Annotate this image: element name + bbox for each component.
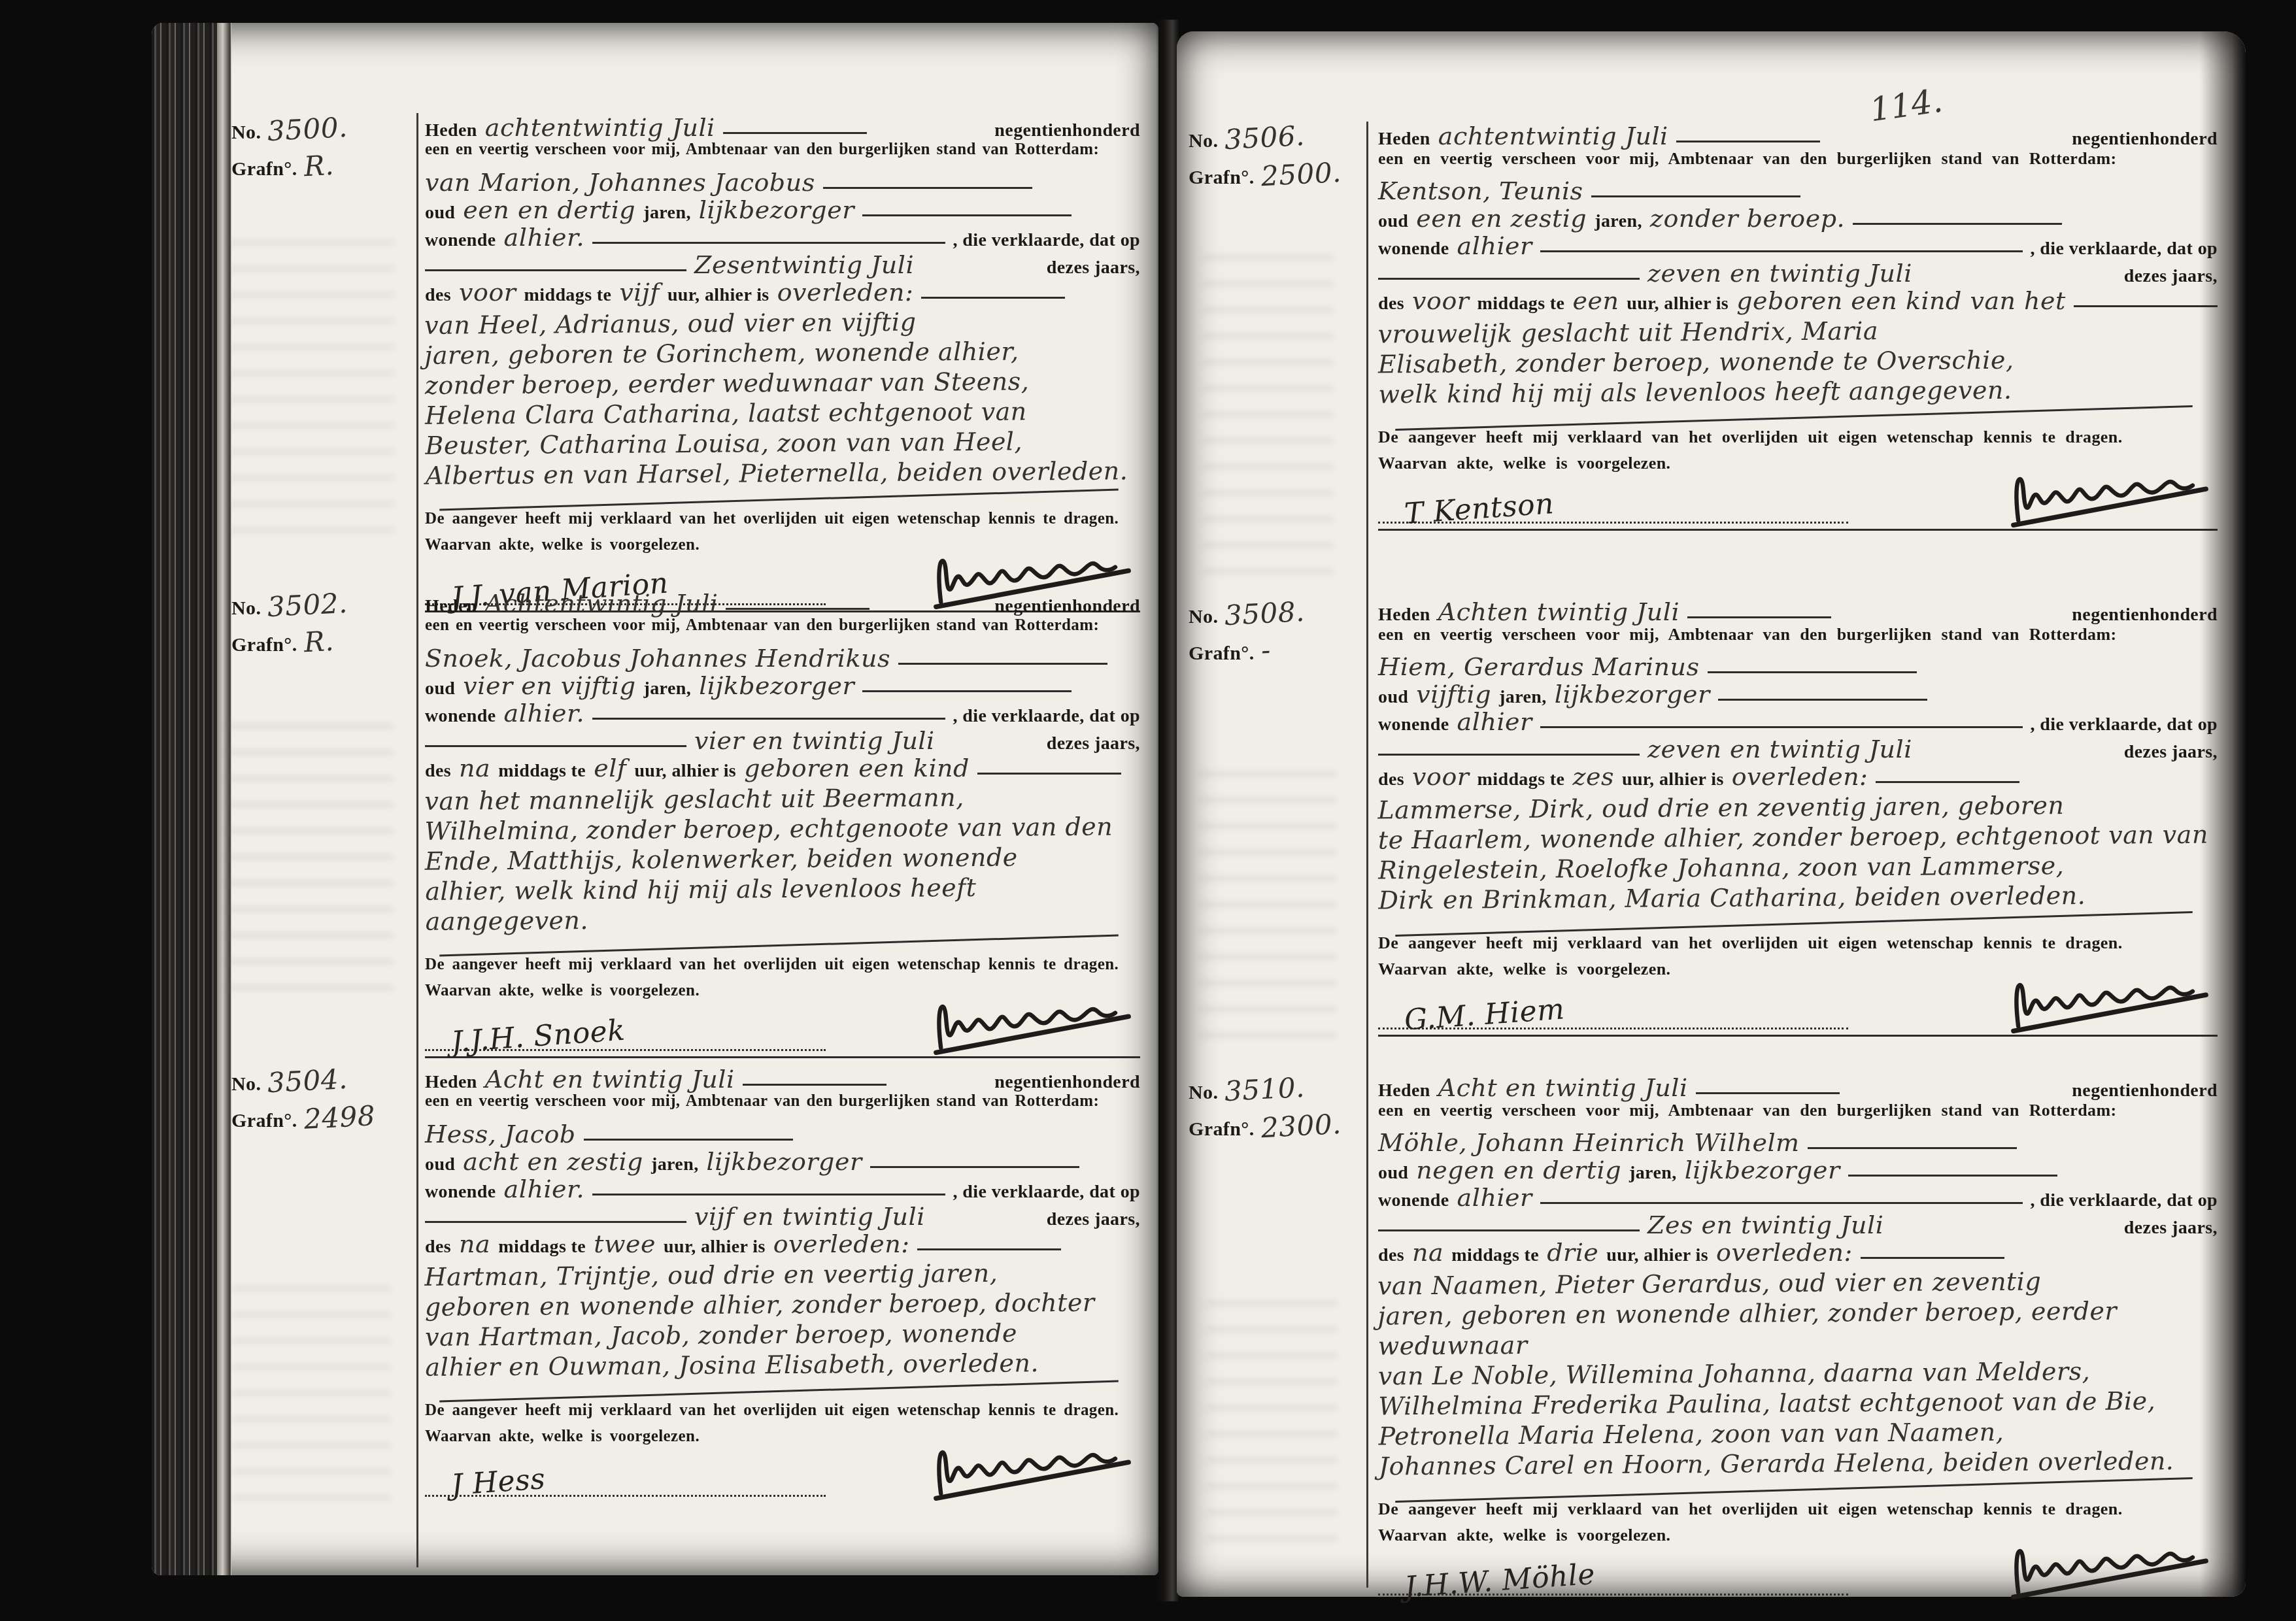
heden-label: Heden [1378, 1080, 1430, 1101]
record-margin: No. 3502. Grafn°. R. [217, 589, 413, 1058]
event-date-line: zeven en twintig Juli dezes jaars, [1378, 735, 2218, 762]
heden-label: Heden [1378, 129, 1430, 150]
dezes-jaars-label: dezes jaars, [2124, 1218, 2218, 1239]
middags-te-label: middags te [498, 1237, 586, 1258]
record-number: 3500. [267, 111, 348, 147]
grave-number-line: Grafn°. - [1189, 634, 1366, 671]
die-verklaarde-label: , die verklaarde, dat op [953, 230, 1140, 251]
wonende-label: wonende [425, 1182, 496, 1203]
declarant-residence: alhier. [504, 699, 585, 727]
rule-line [1853, 223, 2062, 225]
rule-line [917, 1248, 1061, 1250]
death-record: No. 3506. Grafn°. 2500. Heden achtentwin… [1182, 122, 2218, 531]
signature-row: G.M. Hiem [1378, 984, 2218, 1029]
residence-line: wonende alhier. , die verklaarde, dat op [425, 699, 1140, 726]
wonende-label: wonende [1378, 1190, 1449, 1211]
declaration-date: achtentwintig Juli [485, 113, 715, 142]
event-date: zeven en twintig Juli [1647, 259, 1912, 288]
declarant-signature: J Hess [450, 1462, 546, 1502]
record-number: 3504. [267, 1063, 348, 1099]
uur-alhier-label: uur, alhier is [1622, 769, 1724, 790]
record-body: Heden Acht en twintig Juli negentienhond… [1366, 1073, 2218, 1596]
jaren-label: jaren, [643, 678, 691, 699]
record-body: Heden Acht en twintig Juli negentienhond… [413, 1065, 1140, 1497]
year-label: negentienhonderd [994, 1072, 1140, 1093]
rule-line [592, 1194, 945, 1195]
residence-line: wonende alhier. , die verklaarde, dat op [425, 1175, 1140, 1202]
declaration-date: Achten twintig Juli [1438, 597, 1680, 626]
rule-line [1696, 1092, 1840, 1094]
declaration-date: Achtentwintig Juli [485, 589, 718, 618]
heden-label: Heden [425, 120, 477, 141]
declarant-signature-line: G.M. Hiem [1378, 986, 1848, 1029]
declarant-name: van Marion, Johannes Jacobus [425, 168, 815, 197]
record-margin: No. 3510. Grafn°. 2300. [1182, 1073, 1366, 1596]
rule-line [823, 187, 1032, 189]
event-date: zeven en twintig Juli [1647, 735, 1912, 763]
declarant-age: een en zestig [1416, 204, 1587, 233]
age-occupation-line: oud negen en dertig jaren, lijkbezorger [1378, 1156, 2218, 1183]
rule-line [1808, 1147, 2017, 1149]
date-line: Heden achtentwintig Juli negentienhonder… [1378, 122, 2218, 149]
declarant-occupation: lijkbezorger [699, 195, 854, 224]
declaration-date: Acht en twintig Juli [1438, 1073, 1688, 1102]
grave-number: R. [303, 625, 334, 658]
event-kind: geboren een kind [744, 754, 970, 782]
declarant-name-line: Kentson, Teunis [1378, 176, 2218, 204]
aangever-statement: De aangever heeft mij verklaard van het … [1378, 424, 2218, 450]
registry-book-scan: No. 3500. Grafn°. R. Heden achtentwintig… [0, 0, 2296, 1621]
declarant-age: acht en zestig [463, 1147, 643, 1176]
declarant-name-line: Möhle, Johann Heinrich Wilhelm [1378, 1128, 2218, 1156]
rule-line [592, 718, 945, 720]
rule-line [870, 1166, 1079, 1168]
event-time-line: des na middags te elf uur, alhier is geb… [425, 754, 1140, 781]
declarant-signature-line: J.J.H. Snoek [425, 1007, 826, 1051]
death-record: No. 3502. Grafn°. R. Heden Achtentwintig… [217, 589, 1140, 1058]
declarant-occupation: lijkbezorger [699, 671, 854, 700]
signature-row: J Hess [425, 1451, 1140, 1497]
declarant-residence: alhier. [504, 223, 585, 252]
grafn-label: Grafn°. [1189, 1118, 1255, 1141]
rule-line [1540, 726, 2023, 728]
year-label: negentienhonderd [994, 596, 1140, 617]
des-label: des [425, 761, 451, 782]
rule-line [1378, 1229, 1640, 1231]
event-time-line: des na middags te drie uur, alhier is ov… [1378, 1238, 2218, 1265]
declarant-occupation: lijkbezorger [1555, 680, 1710, 709]
heden-label: Heden [425, 1072, 477, 1093]
uur-alhier-label: uur, alhier is [1606, 1245, 1708, 1266]
residence-line: wonende alhier , die verklaarde, dat op [1378, 231, 2218, 259]
record-margin: No. 3500. Grafn°. R. [217, 113, 413, 612]
signature-row: J.J.H. Snoek [425, 1005, 1140, 1051]
event-date-line: Zesentwintig Juli dezes jaars, [425, 250, 1140, 278]
record-body: Heden achtentwintig Juli negentienhonder… [413, 113, 1140, 612]
grave-number: R. [303, 149, 334, 182]
event-kind: overleden: [773, 1229, 910, 1258]
rule-line [1708, 671, 1917, 673]
declarant-signature: J.H.W. Möhle [1404, 1558, 1596, 1604]
rule-line [743, 1084, 886, 1086]
aangever-statement: De aangever heeft mij verklaard van het … [425, 1397, 1140, 1424]
rule-line [1540, 250, 2023, 252]
grafn-label: Grafn°. [1189, 643, 1255, 665]
declarant-age: vier en vijftig [463, 671, 635, 700]
daypart: voor [459, 278, 516, 307]
dezes-jaars-label: dezes jaars, [1047, 1209, 1140, 1230]
residence-line: wonende alhier , die verklaarde, dat op [1378, 707, 2218, 735]
middags-te-label: middags te [498, 761, 586, 782]
age-occupation-line: oud een en dertig jaren, lijkbezorger [425, 195, 1140, 223]
record-separator [1378, 529, 2218, 531]
heden-label: Heden [425, 596, 477, 617]
official-signature-flourish [2002, 467, 2218, 527]
date-line: Heden achtentwintig Juli negentienhonder… [425, 113, 1140, 141]
registrar-line: een en veertig verscheen voor mij, Ambte… [1378, 149, 2218, 176]
daypart: na [1412, 1238, 1443, 1267]
oud-label: oud [1378, 1163, 1408, 1184]
event-hour: drie [1547, 1238, 1598, 1267]
wonende-label: wonende [425, 706, 496, 727]
daypart: na [459, 1229, 490, 1258]
rule-line [1861, 1257, 2004, 1259]
rule-line [862, 690, 1072, 692]
residence-line: wonende alhier. , die verklaarde, dat op [425, 223, 1140, 250]
rule-line [862, 214, 1072, 216]
event-date: vijf en twintig Juli [694, 1202, 925, 1231]
event-date-line: vier en twintig Juli dezes jaars, [425, 726, 1140, 754]
rule-line [425, 269, 686, 271]
des-label: des [1378, 769, 1404, 790]
event-hour: een [1572, 286, 1619, 315]
des-label: des [425, 1237, 451, 1258]
official-signature-flourish [2002, 973, 2218, 1033]
rule-line [2074, 305, 2218, 307]
registrar-line: een en veertig verscheen voor mij, Ambte… [1378, 1101, 2218, 1128]
age-occupation-line: oud acht en zestig jaren, lijkbezorger [425, 1147, 1140, 1175]
event-time-line: des voor middags te vijf uur, alhier is … [425, 278, 1140, 305]
grave-number: 2498 [303, 1099, 375, 1135]
event-kind: overleden: [1716, 1238, 1853, 1267]
year-label: negentienhonderd [994, 120, 1140, 141]
page-left: No. 3500. Grafn°. R. Heden achtentwintig… [152, 23, 1158, 1575]
jaren-label: jaren, [1629, 1163, 1677, 1184]
uur-alhier-label: uur, alhier is [634, 761, 736, 782]
declarant-name: Kentson, Teunis [1378, 176, 1583, 205]
event-kind: overleden: [1732, 762, 1868, 791]
declarant-age: negen en dertig [1416, 1156, 1621, 1184]
event-time-line: des voor middags te zes uur, alhier is o… [1378, 762, 2218, 790]
event-time-line: des na middags te twee uur, alhier is ov… [425, 1229, 1140, 1257]
die-verklaarde-label: , die verklaarde, dat op [953, 1182, 1140, 1203]
jaren-label: jaren, [643, 203, 691, 224]
rule-line [723, 132, 867, 134]
record-number-line: No. 3502. [231, 589, 413, 626]
declarant-name: Snoek, Jacobus Johannes Hendrikus [425, 644, 890, 673]
aangever-statement: De aangever heeft mij verklaard van het … [425, 506, 1140, 532]
declarant-age: vijftig [1416, 680, 1491, 709]
registrar-line: een en veertig verscheen voor mij, Ambte… [425, 616, 1140, 644]
wonende-label: wonende [425, 230, 496, 251]
declarant-name-line: Hiem, Gerardus Marinus [1378, 652, 2218, 680]
declarant-signature-line: T Kentson [1378, 480, 1848, 524]
record-number-line: No. 3504. [231, 1065, 413, 1101]
death-record: No. 3500. Grafn°. R. Heden achtentwintig… [217, 113, 1140, 612]
grave-number-line: Grafn°. 2300. [1189, 1110, 1366, 1146]
registrar-line: een en veertig verscheen voor mij, Ambte… [425, 141, 1140, 168]
aangever-statement: De aangever heeft mij verklaard van het … [1378, 930, 2218, 956]
no-label: No. [1189, 130, 1218, 152]
grave-number: 2500. [1260, 156, 1342, 192]
oud-label: oud [1378, 687, 1408, 708]
jaren-label: jaren, [1499, 687, 1547, 708]
declarant-signature: G.M. Hiem [1404, 993, 1566, 1037]
event-hour: zes [1572, 762, 1614, 791]
rule-line [921, 297, 1065, 299]
jaren-label: jaren, [1595, 211, 1642, 232]
declarant-signature: T Kentson [1404, 487, 1555, 531]
page-gutter [1156, 20, 1179, 1601]
rule-line [584, 1139, 793, 1141]
declarant-residence: alhier [1457, 1183, 1532, 1212]
declarant-residence: alhier. [504, 1175, 585, 1203]
year-label: negentienhonderd [2072, 605, 2218, 626]
rule-line [1848, 1175, 2057, 1177]
death-record: No. 3504. Grafn°. 2498 Heden Acht en twi… [217, 1065, 1140, 1497]
uur-alhier-label: uur, alhier is [1627, 293, 1729, 314]
no-label: No. [231, 122, 261, 144]
declarant-signature-line: J.H.W. Möhle [1378, 1552, 1848, 1596]
die-verklaarde-label: , die verklaarde, dat op [2031, 714, 2218, 735]
event-hour: twee [594, 1229, 656, 1258]
deceased-details: van het mannelijk geslacht uit Beermann,… [424, 781, 1141, 937]
age-occupation-line: oud een en zestig jaren, zonder beroep. [1378, 204, 2218, 231]
rule-line [1718, 699, 1927, 701]
grave-number-line: Grafn°. R. [231, 626, 413, 662]
deceased-details: van Heel, Adrianus, oud vier en vijftig … [424, 305, 1141, 491]
record-number: 3506. [1224, 120, 1306, 156]
aangever-statement: De aangever heeft mij verklaard van het … [1378, 1496, 2218, 1522]
rule-line [1676, 141, 1820, 142]
des-label: des [1378, 293, 1404, 314]
declarant-age: een en dertig [463, 195, 635, 224]
middags-te-label: middags te [1477, 293, 1565, 314]
grafn-label: Grafn°. [231, 634, 297, 656]
rule-line [726, 608, 869, 610]
event-date-line: Zes en twintig Juli dezes jaars, [1378, 1211, 2218, 1238]
date-line: Heden Acht en twintig Juli negentienhond… [425, 1065, 1140, 1092]
declarant-signature: J.J.H. Snoek [450, 1014, 626, 1059]
grave-number: 2300. [1260, 1108, 1342, 1144]
des-label: des [1378, 1245, 1404, 1266]
daypart: na [459, 754, 490, 782]
rule-line [1591, 195, 1800, 197]
declarant-occupation: lijkbezorger [707, 1147, 862, 1176]
signature-row: T Kentson [1378, 478, 2218, 524]
deceased-details: Hartman, Trijntje, oud drie en veertig j… [424, 1257, 1140, 1382]
rule-line [592, 242, 945, 244]
oud-label: oud [425, 1154, 455, 1175]
rule-line [1378, 754, 1640, 756]
wonende-label: wonende [1378, 714, 1449, 735]
official-signature-flourish [2002, 1539, 2218, 1599]
dezes-jaars-label: dezes jaars, [1047, 258, 1140, 278]
event-date: Zesentwintig Juli [694, 250, 914, 279]
die-verklaarde-label: , die verklaarde, dat op [2031, 1190, 2218, 1211]
deceased-details: Lammerse, Dirk, oud drie en zeventig jar… [1377, 790, 2218, 916]
date-line: Heden Achtentwintig Juli negentienhonder… [425, 589, 1140, 616]
record-margin: No. 3508. Grafn°. - [1182, 597, 1366, 1037]
declarant-signature-line: J Hess [425, 1453, 826, 1497]
record-margin: No. 3504. Grafn°. 2498 [217, 1065, 413, 1497]
event-date-line: vijf en twintig Juli dezes jaars, [425, 1202, 1140, 1229]
event-hour: elf [594, 754, 626, 782]
des-label: des [425, 285, 451, 306]
grave-number-line: Grafn°. R. [231, 150, 413, 186]
declarant-name: Hess, Jacob [425, 1120, 576, 1148]
rule-line [1378, 278, 1640, 280]
registrar-line: een en veertig verscheen voor mij, Ambte… [425, 1092, 1140, 1120]
dezes-jaars-label: dezes jaars, [1047, 733, 1140, 754]
rule-line [898, 663, 1107, 665]
record-margin: No. 3506. Grafn°. 2500. [1182, 122, 1366, 531]
oud-label: oud [1378, 211, 1408, 232]
declarant-name-line: Hess, Jacob [425, 1120, 1140, 1147]
record-number: 3508. [1224, 595, 1306, 631]
year-label: negentienhonderd [2072, 1080, 2218, 1101]
signature-row: J.H.W. Möhle [1378, 1550, 2218, 1596]
oud-label: oud [425, 203, 455, 224]
year-label: negentienhonderd [2072, 129, 2218, 150]
daypart: voor [1412, 762, 1469, 791]
rule-line [425, 745, 686, 747]
date-line: Heden Achten twintig Juli negentienhonde… [1378, 597, 2218, 625]
oud-label: oud [425, 678, 455, 699]
event-date: Zes en twintig Juli [1647, 1211, 1883, 1239]
grave-number-line: Grafn°. 2500. [1189, 158, 1366, 195]
no-label: No. [231, 1073, 261, 1095]
official-signature-flourish [924, 995, 1140, 1055]
wonende-label: wonende [1378, 239, 1449, 259]
declarant-name: Möhle, Johann Heinrich Wilhelm [1378, 1128, 1800, 1157]
die-verklaarde-label: , die verklaarde, dat op [953, 706, 1140, 727]
middags-te-label: middags te [1451, 1245, 1539, 1266]
heden-label: Heden [1378, 605, 1430, 626]
residence-line: wonende alhier , die verklaarde, dat op [1378, 1183, 2218, 1211]
declarant-residence: alhier [1457, 231, 1532, 260]
record-number: 3502. [267, 587, 348, 623]
official-signature-flourish [924, 1441, 1140, 1501]
record-number: 3510. [1224, 1071, 1306, 1107]
record-body: Heden achtentwintig Juli negentienhonder… [1366, 122, 2218, 531]
grafn-label: Grafn°. [231, 1110, 297, 1132]
rule-line [425, 1221, 686, 1223]
die-verklaarde-label: , die verklaarde, dat op [2031, 239, 2218, 259]
event-date-line: zeven en twintig Juli dezes jaars, [1378, 259, 2218, 286]
record-body: Heden Achten twintig Juli negentienhonde… [1366, 597, 2218, 1037]
record-number-line: No. 3506. [1189, 122, 1366, 158]
declarant-residence: alhier [1457, 707, 1532, 736]
record-body: Heden Achtentwintig Juli negentienhonder… [413, 589, 1140, 1058]
dezes-jaars-label: dezes jaars, [2124, 742, 2218, 763]
deceased-details: vrouwelijk geslacht uit Hendrix, Maria E… [1378, 314, 2218, 410]
uur-alhier-label: uur, alhier is [667, 285, 769, 306]
grave-number: - [1260, 634, 1271, 667]
record-separator [1378, 1035, 2218, 1037]
event-hour: vijf [619, 278, 659, 307]
grave-number-line: Grafn°. 2498 [231, 1101, 413, 1138]
record-number-line: No. 3508. [1189, 597, 1366, 634]
declarant-occupation: lijkbezorger [1685, 1156, 1840, 1184]
uur-alhier-label: uur, alhier is [664, 1237, 766, 1258]
record-number-line: No. 3500. [231, 113, 413, 150]
middags-te-label: middags te [524, 285, 612, 306]
event-kind: overleden: [777, 278, 914, 307]
rule-line [977, 773, 1121, 775]
declarant-name-line: van Marion, Johannes Jacobus [425, 168, 1140, 195]
age-occupation-line: oud vijftig jaren, lijkbezorger [1378, 680, 2218, 707]
page-right: 114. No. 3506. Grafn°. 2500. Heden achte… [1177, 31, 2246, 1597]
jaren-label: jaren, [651, 1154, 699, 1175]
record-number-line: No. 3510. [1189, 1073, 1366, 1110]
death-record: No. 3508. Grafn°. - Heden Achten twintig… [1182, 597, 2218, 1037]
date-line: Heden Acht en twintig Juli negentienhond… [1378, 1073, 2218, 1101]
record-separator [425, 1056, 1140, 1058]
no-label: No. [1189, 606, 1218, 628]
middags-te-label: middags te [1477, 769, 1565, 790]
no-label: No. [231, 597, 261, 620]
book-binding-edge [152, 23, 217, 1575]
declaration-date: achtentwintig Juli [1438, 122, 1668, 150]
aangever-statement: De aangever heeft mij verklaard van het … [425, 952, 1140, 978]
grafn-label: Grafn°. [231, 158, 297, 180]
rule-line [1687, 616, 1831, 618]
registrar-line: een en veertig verscheen voor mij, Ambte… [1378, 625, 2218, 652]
daypart: voor [1412, 286, 1469, 315]
death-record: No. 3510. Grafn°. 2300. Heden Acht en tw… [1182, 1073, 2218, 1596]
event-date: vier en twintig Juli [694, 726, 935, 755]
rule-line [1876, 781, 2019, 783]
declaration-date: Acht en twintig Juli [485, 1065, 735, 1094]
rule-line [1540, 1202, 2023, 1204]
declarant-name: Hiem, Gerardus Marinus [1378, 652, 1700, 681]
event-kind: geboren een kind van het [1736, 286, 2066, 315]
declarant-occupation: zonder beroep. [1650, 204, 1845, 233]
age-occupation-line: oud vier en vijftig jaren, lijkbezorger [425, 671, 1140, 699]
no-label: No. [1189, 1082, 1218, 1104]
dezes-jaars-label: dezes jaars, [2124, 266, 2218, 287]
event-time-line: des voor middags te een uur, alhier is g… [1378, 286, 2218, 314]
grafn-label: Grafn°. [1189, 167, 1255, 189]
declarant-name-line: Snoek, Jacobus Johannes Hendrikus [425, 644, 1140, 671]
deceased-details: van Naamen, Pieter Gerardus, oud vier en… [1377, 1265, 2218, 1482]
